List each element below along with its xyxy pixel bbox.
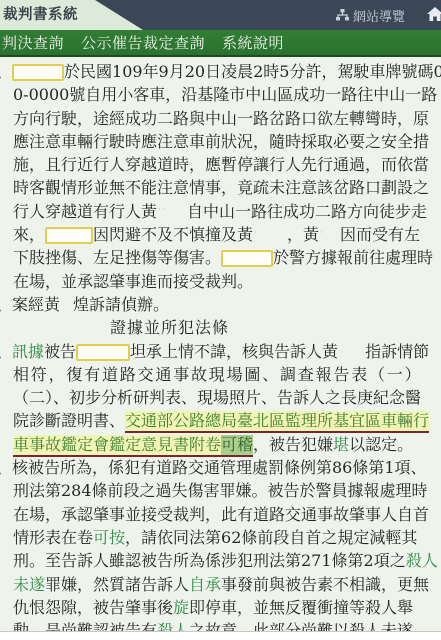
text-segment: 被告 [44,342,76,361]
main-nav: 判決查詢 公示催告裁定查詢 系統說明 [0,30,441,57]
home-icon [427,7,441,22]
text-segment: 、 [0,62,12,81]
document-line: 車事故鑑定會鑑定意見書附卷可稽，被告犯嫌堪以認定。 [13,433,441,456]
text-segment: 下肢挫傷、左足挫傷等傷害。 [13,248,221,267]
text-segment: 罪嫌，然質諸告訴人 [45,575,189,594]
text-segment: 事發前與被告素不相識，更無 [221,575,429,594]
document-line: 相符，復有道路交通事故現場圖、調查報告表（一） [13,363,441,386]
document-line: 方向行駛，途經成功二路與中山一路岔路口欲左轉彎時，原 [13,107,441,130]
document-line: 施，且行近行人穿越道時，應暫停讓行人先行通過，而依當 [13,153,441,176]
highlighted-term: 未遂 [13,575,45,594]
document-line: 情形表在卷可按，請依同法第62條前段自首之規定減輕其 [13,526,441,549]
document-line: 、於民國109年9月20日凌晨2時5分許，駕駛車牌號碼00 [0,60,441,83]
sitemap-icon [336,9,349,21]
document-line: 、訊據被告坦承上情不諱，核與告訴人黃指訴情節 [0,340,441,363]
text-segment: （二）、初步分析研判表、現場照片、告訴人之長庚紀念醫 [13,388,421,407]
document-line: 院診斷證明書、交通部公路總局臺北區監理所基宜區車輛行 [13,409,441,432]
text-segment: 來， [13,225,45,244]
text-segment: 在場，承認肇事並接受裁判，此有道路交通事故肇事人自首 [13,505,429,524]
highlighted-term: 殺人 [157,621,189,631]
redacted-name-gap: ˙ [319,225,340,248]
highlighted-term: 訊據 [12,342,44,361]
redacted-name-gap: ˙ [253,225,287,248]
search-keyword-highlight: 可稽 [221,435,253,457]
sitemap-label: 網站導覽 [353,6,405,25]
text-segment: ，被告犯嫌 [253,435,333,454]
document-line: 0-0000號自用小客車，沿基隆市中山區成功一路往中山一路 [13,83,441,106]
app-header: 裁判書系統 網站導覽 [0,0,441,30]
text-segment: ，請依同法第62條前段自首之規定減輕其 [125,528,417,547]
document-line: 時客觀情形並無不能注意情事，竟疏未注意該岔路口劃設之 [13,176,441,199]
app-title: 裁判書系統 [0,0,150,30]
text-segment: 施，且行近行人穿越道時，應暫停讓行人先行通過，而依當 [13,155,429,174]
redaction-box [221,250,273,267]
document-line: 、核被告所為，係犯有道路交通管理處罰條例第86條第1項、 [0,456,441,479]
text-segment: 於警方據報前往處理時 [273,248,433,267]
home-link[interactable] [419,0,441,30]
header-actions: 網站導覽 [336,0,441,30]
redacted-name-gap: ˙˙ [157,202,187,225]
document-line: 刑法第284條前段之過失傷害罪嫌。被告於警員據報處理時 [13,479,441,502]
text-segment: 刑法第284條前段之過失傷害罪嫌。被告於警員據報處理時 [13,481,428,500]
nav-item-judgment-search[interactable]: 判決查詢 [2,32,64,53]
highlighted-citation: 車事故鑑定會鑑定意見書附卷 [13,435,221,457]
document-line: 刑。至告訴人雖認被告所為係涉犯刑法第271條第2項之殺人 [13,549,441,572]
text-segment: 即停車，並無反覆衝撞等殺人舉 [189,598,413,617]
document-line: 、案經黃煌訴請偵辦。 [0,293,441,316]
document-line: 來，因閃避不及不慎撞及黃˙，黃˙因而受有左 [13,223,441,246]
text-segment: 應注意車輛行駛時應注意車前狀況，隨時採取必要之安全措 [13,132,429,151]
text-segment: 於民國109年9月20日凌晨2時5分許，駕駛車牌號碼00 [64,62,441,81]
sitemap-link[interactable]: 網站導覽 [336,6,405,25]
text-segment: 自中山一路往成功二路方向徒步走 [187,202,427,221]
text-segment: 行人穿越道有行人黃 [13,202,157,221]
text-segment: 、核被告所為，係犯有道路交通管理處罰條例第86條第1項、 [0,458,427,477]
text-segment: 動，是尚難認被告有 [13,621,157,631]
text-segment: 刑。至告訴人雖認被告所為係涉犯刑法第271條第2項之 [13,551,406,570]
document-line: （二）、初步分析研判表、現場照片、告訴人之長庚紀念醫 [13,386,441,409]
text-segment: 因閃避不及不慎撞及黃 [93,225,253,244]
text-segment: 相符，復有道路交通事故現場圖、調查報告表（一） [13,365,422,384]
text-segment: 指訴情節 [365,342,429,361]
text-segment: 仇恨怨隙，被告肇事後 [13,598,173,617]
text-segment: 證據並所犯法條 [110,318,229,337]
app-logo[interactable]: 裁判書系統 [0,0,150,30]
document-line: 在場，承認肇事並接受裁判，此有道路交通事故肇事人自首 [13,503,441,526]
text-segment: ，黃 [287,225,319,244]
document-line: 動，是尚難認被告有殺人之故意，此部分尚難以殺人未遂 [13,619,441,631]
judgment-system-page: 裁判書系統 網站導覽 判決查詢 公示催告裁定查詢 系統說明 [0,0,441,640]
document-line: 應注意車輛行駛時應注意車前狀況，隨時採取必要之安全措 [13,130,441,153]
text-segment: 0-0000號自用小客車，沿基隆市中山區成功一路往中山一路 [13,85,437,104]
highlighted-term: 旋 [173,598,189,617]
text-segment: 時客觀情形並無不能注意情事，竟疏未注意該岔路口劃設之 [13,178,429,197]
text-segment: 之故意，此部分尚難以殺人未遂 [189,621,413,631]
bottom-divider [0,631,441,640]
redaction-box [45,227,93,244]
judgment-document-text: 、於民國109年9月20日凌晨2時5分許，駕駛車牌號碼000-0000號自用小客… [0,57,441,631]
document-line: 行人穿越道有行人黃˙˙自中山一路往成功二路方向徒步走 [13,200,441,223]
text-segment: 、案經黃 [0,295,60,314]
document-line: 在場，並承認肇事進而接受裁判。 [13,270,441,293]
document-line: 下肢挫傷、左足挫傷等傷害。於警方據報前往處理時 [13,246,441,269]
redaction-box [12,64,64,81]
text-segment: 坦承上情不諱，核與告訴人黃 [130,342,338,361]
highlighted-term: 殺人 [406,551,438,570]
text-segment: 煌訴請偵辦。 [73,295,169,314]
document-line: 未遂罪嫌，然質諸告訴人自承事發前與被告素不相識，更無 [13,573,441,596]
nav-item-system-help[interactable]: 系統說明 [222,32,284,53]
text-segment: 以認定。 [349,435,413,454]
text-segment: 院診斷證明書、 [13,411,125,430]
text-segment: 情形表在卷 [13,528,93,547]
highlighted-term: 堪 [333,435,349,454]
redaction-box [76,344,130,361]
highlighted-term: 自承 [189,575,221,594]
document-line: 證據並所犯法條 [13,316,441,339]
text-segment: 在場，並承認肇事進而接受裁判。 [13,272,253,291]
document-line: 仇恨怨隙，被告肇事後旋即停車，並無反覆衝撞等殺人舉 [13,596,441,619]
text-segment: 方向行駛，途經成功二路與中山一路岔路口欲左轉彎時，原 [13,109,429,128]
highlighted-citation: 交通部公路總局臺北區監理所基宜區車輛行 [125,411,429,433]
text-segment: 、 [0,342,12,361]
highlighted-term: 可按 [93,528,125,547]
text-segment: 因而受有左 [340,225,420,244]
nav-item-public-notice-ruling-search[interactable]: 公示催告裁定查詢 [81,32,205,53]
